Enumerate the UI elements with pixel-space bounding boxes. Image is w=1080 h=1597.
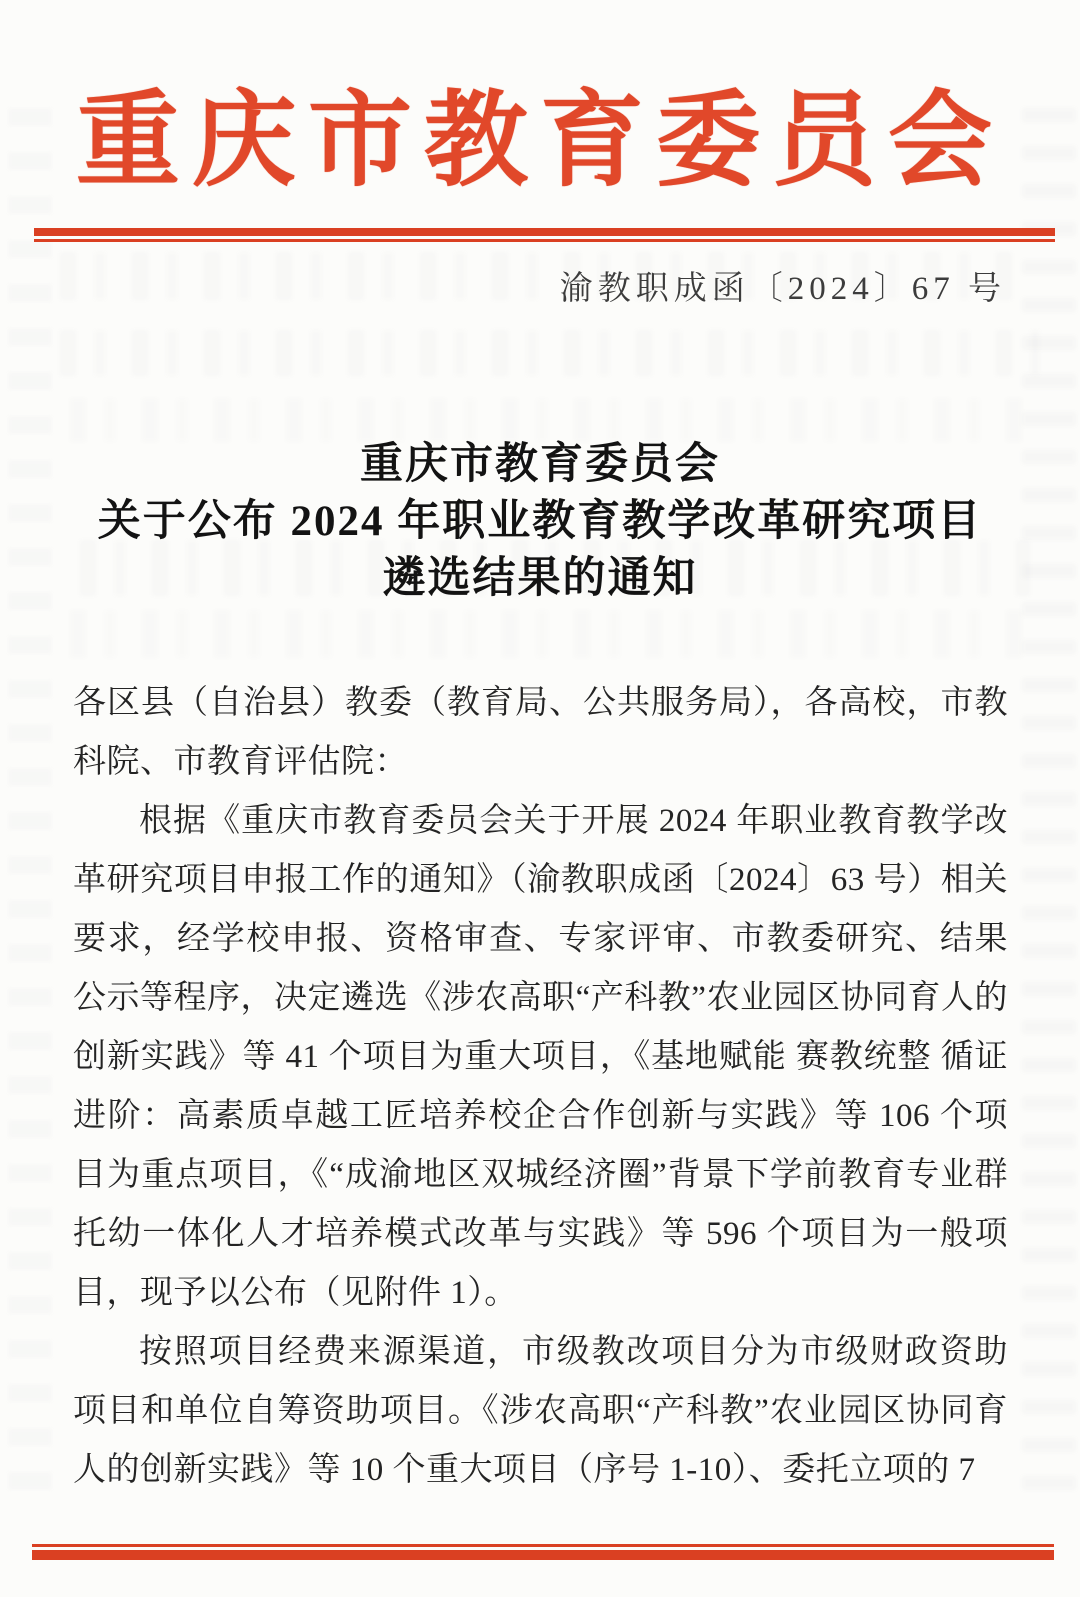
reference-number: 渝教职成函〔2024〕67 号 (560, 262, 1006, 309)
notice-title-line-3: 遴选结果的通知 (40, 550, 1040, 607)
body-paragraph-1: 根据《重庆市教育委员会关于开展 2024 年职业教育教学改革研究项目申报工作的通… (73, 792, 1008, 1323)
notice-title: 重庆市教育委员会 关于公布 2024 年职业教育教学改革研究项目 遴选结果的通知 (40, 436, 1040, 607)
salutation: 各区县（自治县）教委（教育局、公共服务局），各高校，市教科院、市教育评估院： (73, 674, 1008, 792)
notice-body: 各区县（自治县）教委（教育局、公共服务局），各高校，市教科院、市教育评估院： 根… (73, 674, 1008, 1500)
notice-title-line-1: 重庆市教育委员会 (40, 436, 1040, 493)
page-bottom-red-rule (32, 1544, 1054, 1560)
notice-title-line-2: 关于公布 2024 年职业教育教学改革研究项目 (40, 493, 1040, 550)
scan-bleed-noise (70, 610, 1030, 658)
scanned-document-page: 重庆市教育委员会 渝教职成函〔2024〕67 号 重庆市教育委员会 关于公布 2… (0, 0, 1080, 1597)
body-paragraph-2: 按照项目经费来源渠道，市级教改项目分为市级财政资助项目和单位自筹资助项目。《涉农… (73, 1323, 1008, 1500)
separator-thin-line (34, 239, 1055, 242)
scan-edge-noise (8, 90, 52, 1490)
scan-bleed-noise (60, 330, 1040, 376)
scan-edge-noise (1022, 90, 1076, 1490)
separator-thick-line (34, 228, 1055, 236)
bottom-rule-thick-line (32, 1550, 1054, 1560)
letterhead-separator-rule (34, 228, 1055, 242)
letterhead-agency-name: 重庆市教育委员会 (0, 86, 1080, 198)
